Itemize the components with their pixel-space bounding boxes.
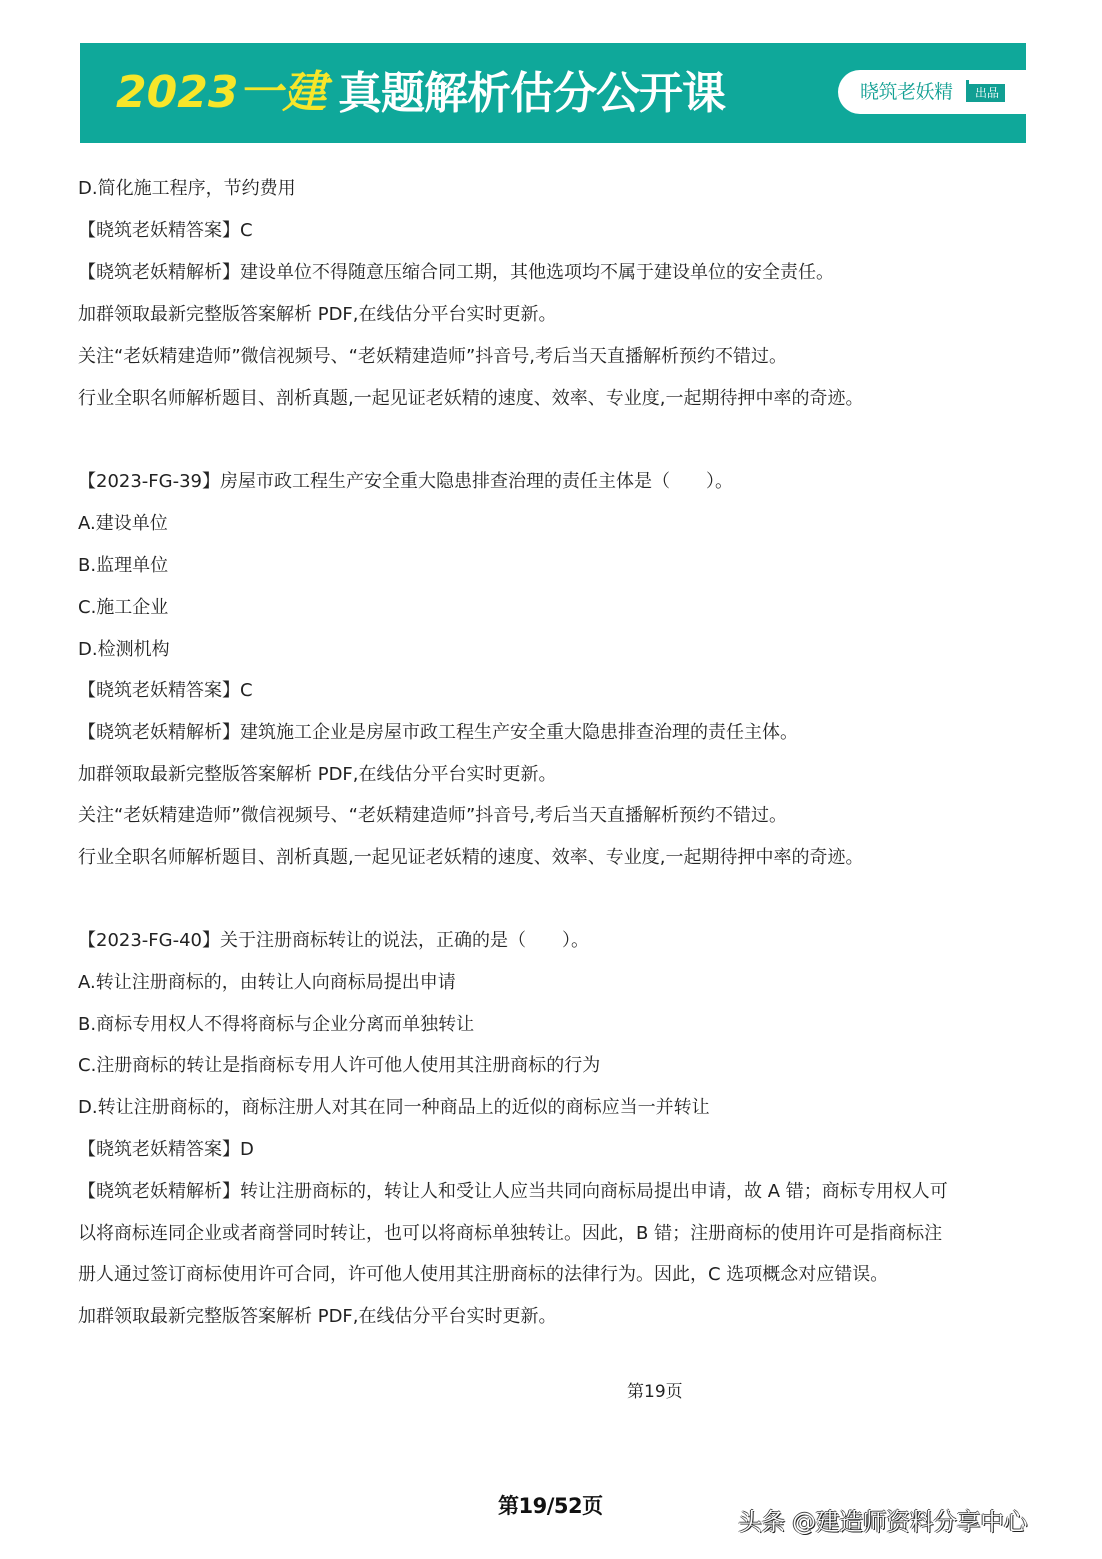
q39-option-b: B.监理单位 (78, 554, 168, 578)
answer-prev: 【晓筑老妖精答案】C (78, 219, 253, 243)
banner-year-text: 2023一建 (116, 65, 326, 121)
brand-tag: 出品 (966, 84, 1005, 102)
q39-option-d: D.检测机构 (78, 638, 170, 662)
page-number: 第19页 (627, 1380, 683, 1404)
page-counter: 第19/52页 (498, 1492, 603, 1520)
brand-badge: 晓筑老妖精 出品 (838, 70, 1026, 114)
q40-option-c: C.注册商标的转让是指商标专用人许可他人使用其注册商标的行为 (78, 1054, 600, 1078)
q40-analysis-line-1: 【晓筑老妖精解析】转让注册商标的，转让人和受让人应当共同向商标局提出申请，故 A… (78, 1180, 948, 1204)
promo-line-2: 关注“老妖精建造师”微信视频号、“老妖精建造师”抖音号,考后当天直播解析预约不错… (78, 345, 787, 369)
q40-analysis-line-3: 册人通过签订商标使用许可合同，许可他人使用其注册商标的法律行为。因此，C 选项概… (78, 1263, 888, 1287)
q40-answer: 【晓筑老妖精答案】D (78, 1138, 254, 1162)
q40-promo-1: 加群领取最新完整版答案解析 PDF,在线估分平台实时更新。 (78, 1305, 557, 1329)
promo-line-1: 加群领取最新完整版答案解析 PDF,在线估分平台实时更新。 (78, 303, 557, 327)
analysis-prev: 【晓筑老妖精解析】建设单位不得随意压缩合同工期，其他选项均不属于建设单位的安全责… (78, 261, 834, 285)
q39-promo-3: 行业全职名师解析题目、剖析真题,一起见证老妖精的速度、效率、专业度,一起期待押中… (78, 846, 863, 870)
brand-name: 晓筑老妖精 (860, 80, 953, 104)
q39-promo-2: 关注“老妖精建造师”微信视频号、“老妖精建造师”抖音号,考后当天直播解析预约不错… (78, 804, 787, 828)
course-banner: 2023一建 真题解析估分公开课 晓筑老妖精 出品 (80, 43, 1026, 143)
q40-option-b: B.商标专用权人不得将商标与企业分离而单独转让 (78, 1013, 474, 1037)
q40-option-a: A.转让注册商标的，由转让人向商标局提出申请 (78, 971, 456, 995)
watermark: 头条 @建造师资料分享中心 (738, 1506, 1027, 1538)
q39-option-a: A.建设单位 (78, 512, 168, 536)
q40-analysis-line-2: 以将商标连同企业或者商誉同时转让，也可以将商标单独转让。因此，B 错；注册商标的… (78, 1222, 942, 1246)
q40-option-d: D.转让注册商标的，商标注册人对其在同一种商品上的近似的商标应当一并转让 (78, 1096, 710, 1120)
promo-line-3: 行业全职名师解析题目、剖析真题,一起见证老妖精的速度、效率、专业度,一起期待押中… (78, 387, 863, 411)
q39-promo-1: 加群领取最新完整版答案解析 PDF,在线估分平台实时更新。 (78, 763, 557, 787)
option-d-prev: D.简化施工程序，节约费用 (78, 177, 296, 201)
question-39: 【2023-FG-39】房屋市政工程生产安全重大隐患排查治理的责任主体是（ ）。 (78, 470, 733, 494)
q39-analysis: 【晓筑老妖精解析】建筑施工企业是房屋市政工程生产安全重大隐患排查治理的责任主体。 (78, 721, 798, 745)
q39-answer: 【晓筑老妖精答案】C (78, 679, 253, 703)
q39-option-c: C.施工企业 (78, 596, 168, 620)
banner-title: 真题解析估分公开课 (338, 67, 725, 121)
question-40: 【2023-FG-40】关于注册商标转让的说法，正确的是（ ）。 (78, 929, 589, 953)
